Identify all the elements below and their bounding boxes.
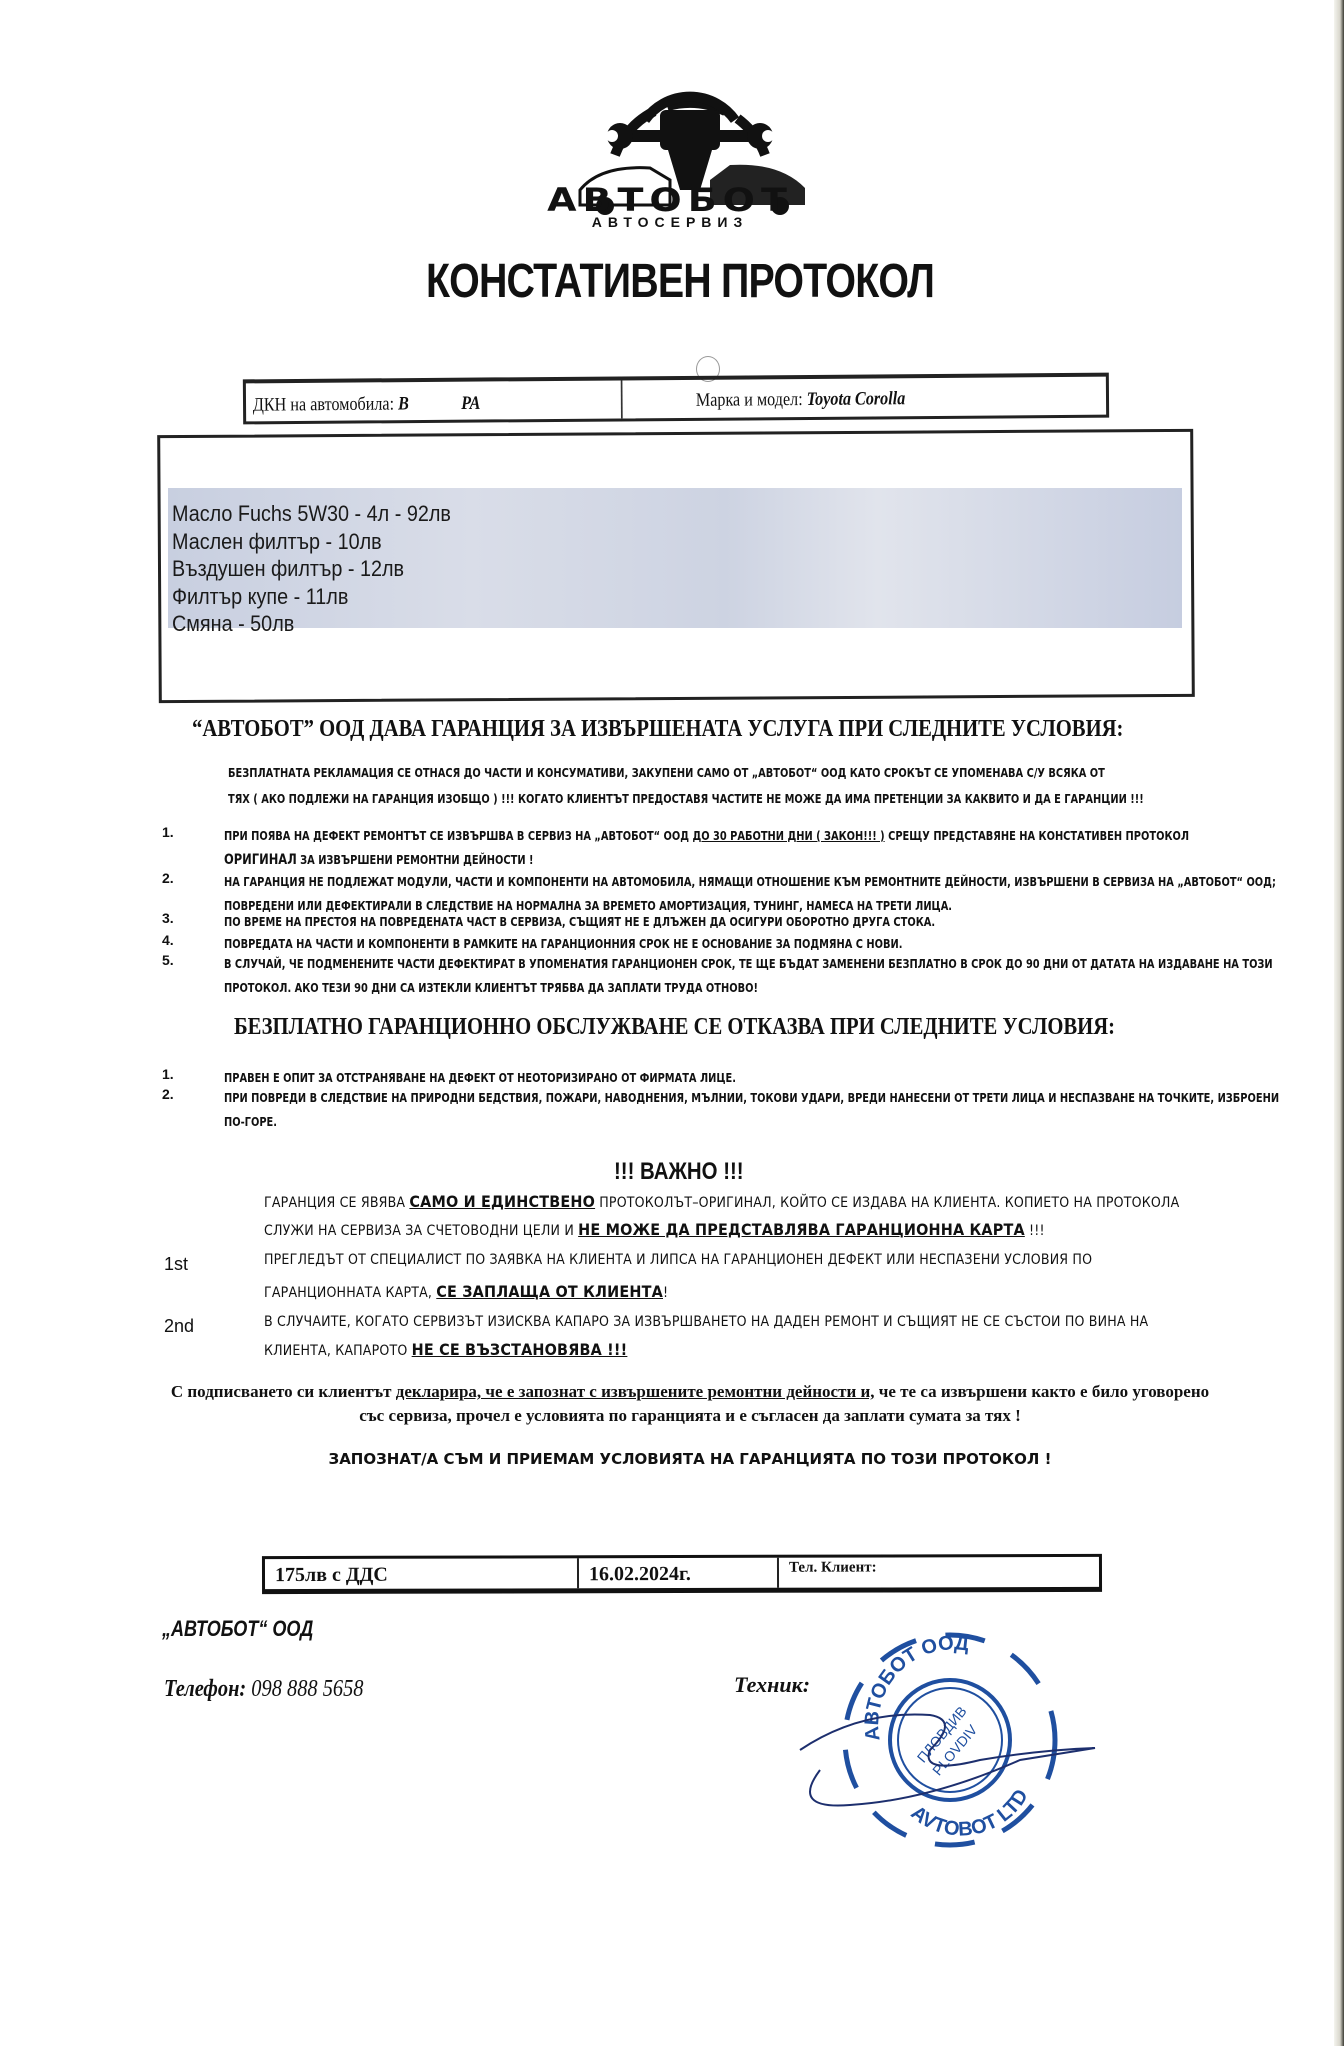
underlined-text: САМО И ЕДИНСТВЕНО bbox=[409, 1192, 595, 1211]
client-declaration: С подписването си клиентът декларира, че… bbox=[160, 1380, 1220, 1428]
important-p1-line2: СЛУЖИ НА СЕРВИЗА ЗА СЧЕТОВОДНИ ЦЕЛИ И НЕ… bbox=[264, 1220, 1045, 1239]
brand-subtitle: АВТОСЕРВИЗ bbox=[470, 214, 870, 230]
vehicle-info-row: ДКН на автомобила: В РА Марка и модел: T… bbox=[243, 373, 1109, 425]
text-line: ПО-ГОРЕ. bbox=[224, 1110, 1279, 1134]
item-number: 2. bbox=[162, 1086, 174, 1102]
document-title: КОНСТАТИВЕН ПРОТОКОЛ bbox=[368, 254, 991, 309]
service-items-list: Масло Fuchs 5W30 - 4л - 92лв Маслен филт… bbox=[172, 500, 451, 638]
list-item: Въздушен филтър - 12лв bbox=[172, 555, 451, 583]
underlined-text: декларира, че е запознат с извършените р… bbox=[396, 1382, 875, 1401]
list-item: Смяна - 50лв bbox=[172, 610, 451, 638]
protocol-date: 16.02.2024г. bbox=[579, 1558, 779, 1589]
text-line: НА ГАРАНЦИЯ НЕ ПОДЛЕЖАТ МОДУЛИ, ЧАСТИ И … bbox=[224, 870, 1276, 894]
company-phone: Телефон: 098 888 5658 bbox=[164, 1676, 364, 1703]
condition-text: ПРИ ПОЯВА НА ДЕФЕКТ РЕМОНТЪТ СЕ ИЗВЪРШВА… bbox=[224, 824, 1189, 872]
text-part: ГАРАНЦИОННАТА КАРТА, bbox=[264, 1285, 436, 1301]
important-first-line1: ПРЕГЛЕДЪТ ОТ СПЕЦИАЛИСТ ПО ЗАЯВКА НА КЛИ… bbox=[264, 1252, 1092, 1268]
plate-cell: ДКН на автомобила: В РА bbox=[246, 380, 623, 421]
important-second-line2: КЛИЕНТА, КАПАРОТО НЕ СЕ ВЪЗСТАНОВЯВА !!! bbox=[264, 1340, 627, 1359]
text-part: ! bbox=[663, 1285, 668, 1301]
warranty-intro: БЕЗПЛАТНАТА РЕКЛАМАЦИЯ СЕ ОТНАСЯ ДО ЧАСТ… bbox=[228, 760, 1144, 812]
warranty-heading: “АВТОБОТ” ООД ДАВА ГАРАНЦИЯ ЗА ИЗВЪРШЕНА… bbox=[192, 716, 1123, 743]
text-part: !!! bbox=[1025, 1223, 1045, 1239]
company-stamp-icon: АВТОБОТ ООД AVTOBOT LTD ПЛОВДИВ PLOVDIV bbox=[780, 1600, 1120, 1850]
plate-label: ДКН на автомобила: bbox=[253, 394, 394, 416]
important-title: !!! ВАЖНО !!! bbox=[614, 1158, 744, 1186]
text-part: ПРОТОКОЛЪТ–ОРИГИНАЛ, КОЙТО СЕ ИЗДАВА НА … bbox=[595, 1195, 1179, 1211]
model-cell: Марка и модел: Toyota Corolla bbox=[689, 378, 912, 418]
second-marker: 2nd bbox=[164, 1316, 194, 1337]
item-number: 5. bbox=[162, 952, 174, 968]
condition-text: В СЛУЧАЙ, ЧЕ ПОДМЕНЕНИТЕ ЧАСТИ ДЕФЕКТИРА… bbox=[224, 952, 1273, 1000]
text-line: със сервиза, прочел е условията по гаран… bbox=[160, 1404, 1220, 1428]
text-part: СРЕЩУ ПРЕДСТАВЯНЕ НА КОНСТАТИВЕН ПРОТОКО… bbox=[885, 829, 1189, 843]
text-part: че те са извършени както е било уговорен… bbox=[875, 1382, 1210, 1401]
company-name: „АВТОБОТ“ ООД bbox=[162, 1616, 313, 1642]
text-part: ГАРАНЦИЯ СЕ ЯВЯВА bbox=[264, 1195, 409, 1211]
list-item: Филтър купе - 11лв bbox=[172, 583, 451, 611]
text-line: ПРОТОКОЛ. АКО ТЕЗИ 90 ДНИ СА ИЗТЕКЛИ КЛИ… bbox=[224, 976, 1273, 1000]
item-number: 1. bbox=[162, 1066, 174, 1082]
text-part: С подписването си клиентът bbox=[171, 1382, 396, 1401]
page-edge-shadow bbox=[1334, 0, 1344, 2046]
phone-label: Телефон: bbox=[164, 1676, 246, 1702]
bold-text: ОРИГИНАЛ bbox=[224, 852, 297, 868]
condition-text: ПО ВРЕМЕ НА ПРЕСТОЯ НА ПОВРЕДЕНАТА ЧАСТ … bbox=[224, 910, 935, 934]
text-part: КЛИЕНТА, КАПАРОТО bbox=[264, 1343, 412, 1359]
first-marker: 1st bbox=[164, 1254, 188, 1275]
underlined-text: НЕ СЕ ВЪЗСТАНОВЯВА !!! bbox=[412, 1340, 628, 1359]
warranty-intro-line1: БЕЗПЛАТНАТА РЕКЛАМАЦИЯ СЕ ОТНАСЯ ДО ЧАСТ… bbox=[228, 760, 1144, 786]
important-p1-line1: ГАРАНЦИЯ СЕ ЯВЯВА САМО И ЕДИНСТВЕНО ПРОТ… bbox=[264, 1192, 1179, 1211]
redacted-plate bbox=[413, 392, 457, 418]
important-first-line2: ГАРАНЦИОННАТА КАРТА, СЕ ЗАПЛАЩА ОТ КЛИЕН… bbox=[264, 1282, 668, 1301]
client-phone-label: Тел. Клиент: bbox=[779, 1557, 887, 1587]
phone-value: 098 888 5658 bbox=[251, 1676, 363, 1702]
warranty-intro-line2: ТЯХ ( АКО ПОДЛЕЖИ НА ГАРАНЦИЯ ИЗОБЩО ) !… bbox=[228, 786, 1144, 812]
list-item: Маслен филтър - 10лв bbox=[172, 528, 451, 556]
item-number: 2. bbox=[162, 870, 174, 886]
text-part: ПРИ ПОЯВА НА ДЕФЕКТ РЕМОНТЪТ СЕ ИЗВЪРШВА… bbox=[224, 829, 692, 843]
model-value: Toyota Corolla bbox=[807, 388, 906, 410]
important-second-line1: В СЛУЧАИТЕ, КОГАТО СЕРВИЗЪТ ИЗИСКВА КАПА… bbox=[264, 1314, 1148, 1330]
underlined-text: СЕ ЗАПЛАЩА ОТ КЛИЕНТА bbox=[436, 1282, 663, 1301]
item-number: 1. bbox=[162, 824, 174, 840]
totals-row: 175лв с ДДС 16.02.2024г. Тел. Клиент: bbox=[262, 1554, 1102, 1594]
underlined-text: НЕ МОЖЕ ДА ПРЕДСТАВЛЯВА ГАРАНЦИОННА КАРТ… bbox=[578, 1220, 1025, 1239]
acceptance-statement: ЗАПОЗНАТ/А СЪМ И ПРИЕМАМ УСЛОВИЯТА НА ГА… bbox=[160, 1450, 1220, 1468]
item-number: 3. bbox=[162, 910, 174, 926]
condition-text: ПРИ ПОВРЕДИ В СЛЕДСТВИЕ НА ПРИРОДНИ БЕДС… bbox=[224, 1086, 1279, 1134]
total-amount: 175лв с ДДС bbox=[265, 1558, 579, 1589]
refusal-heading: БЕЗПЛАТНО ГАРАНЦИОННО ОБСЛУЖВАНЕ СЕ ОТКА… bbox=[234, 1014, 1115, 1041]
plate-prefix: В bbox=[398, 393, 409, 414]
text-line: В СЛУЧАЙ, ЧЕ ПОДМЕНЕНИТЕ ЧАСТИ ДЕФЕКТИРА… bbox=[224, 952, 1273, 976]
list-item: Масло Fuchs 5W30 - 4л - 92лв bbox=[172, 500, 451, 528]
plate-suffix: РА bbox=[461, 393, 480, 414]
text-part: СЛУЖИ НА СЕРВИЗА ЗА СЧЕТОВОДНИ ЦЕЛИ И bbox=[264, 1223, 578, 1239]
model-label: Марка и модел: bbox=[696, 389, 803, 411]
text-line: ПРИ ПОВРЕДИ В СЛЕДСТВИЕ НА ПРИРОДНИ БЕДС… bbox=[224, 1086, 1279, 1110]
underlined-text: ДО 30 РАБОТНИ ДНИ ( ЗАКОН!!! ) bbox=[692, 829, 884, 843]
text-part: ЗА ИЗВЪРШЕНИ РЕМОНТНИ ДЕЙНОСТИ ! bbox=[297, 853, 534, 867]
item-number: 4. bbox=[162, 932, 174, 948]
